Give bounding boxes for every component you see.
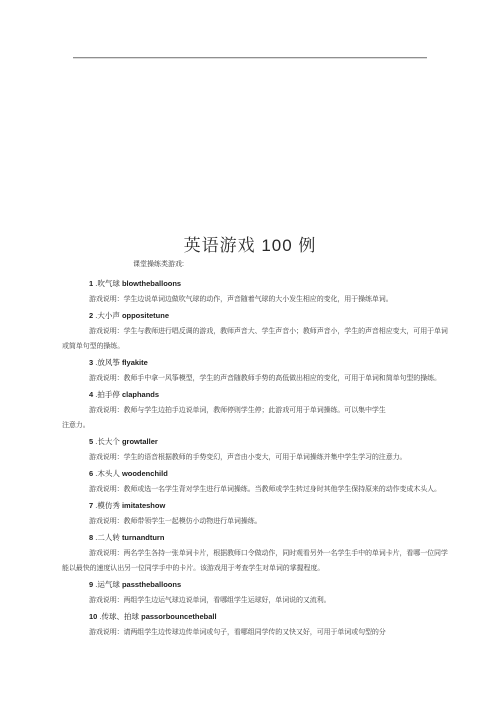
game-item-header: 10 .传球、拍球 passorbouncetheball [62, 608, 440, 625]
item-name-en: turnandturn [122, 533, 165, 542]
item-desc-line: 游戏说明：学生的语音根据教师的手势变幻，声音由小变大，可用于单词操练并集中学生学… [62, 450, 440, 465]
document-title: 英语游戏 100 例 [0, 235, 500, 257]
item-name-cn: .二人转 [93, 533, 122, 542]
item-desc-line: 游戏说明：教师带领学生一起模仿小动物进行单词操练。 [62, 514, 440, 529]
item-desc-line: 游戏说明：学生与教师进行唱反调的游戏，教师声音大、学生声音小；教师声音小，学生的… [62, 324, 440, 339]
game-item-header: 3 .放风筝 flyakite [62, 354, 440, 371]
item-desc-line: 游戏说明：学生边说单词边做吹气球的动作，声音随着气球的大小发生相应的变化，用于操… [62, 292, 440, 307]
item-name-en: imitateshow [122, 501, 165, 510]
item-name-en: growtaller [122, 437, 158, 446]
game-item-7: 7 .模仿秀 imitateshow 游戏说明：教师带领学生一起模仿小动物进行单… [62, 497, 440, 529]
item-name-cn: .运气球 [93, 580, 122, 589]
game-item-8: 8 .二人转 turnandturn 游戏说明：两名学生各持一张单词卡片，根据教… [62, 529, 440, 576]
game-item-9: 9 .运气球 passtheballoons 游戏说明：两组学生边运气球边说单词… [62, 576, 440, 608]
item-name-cn: .木头人 [93, 469, 122, 478]
game-item-2: 2 .大小声 oppositetune 游戏说明：学生与教师进行唱反调的游戏，教… [62, 307, 440, 354]
game-list: 1 .吹气球 blowtheballoons 游戏说明：学生边说单词边做吹气球的… [62, 275, 440, 640]
item-desc-line: 游戏说明：教师或选一名学生背对学生进行单词操练。当教师或学生转过身时其他学生保持… [62, 482, 440, 497]
game-item-10: 10 .传球、拍球 passorbouncetheball 游戏说明：请两组学生… [62, 608, 440, 640]
item-desc-line: 游戏说明：教师与学生边拍手边说单词，教师停则学生停；此游戏可用于单词操练。可以集… [62, 403, 440, 418]
game-item-5: 5 .长大个 growtaller 游戏说明：学生的语音根据教师的手势变幻，声音… [62, 433, 440, 465]
game-item-4: 4 .拍手停 claphands 游戏说明：教师与学生边拍手边说单词，教师停则学… [62, 386, 440, 433]
game-item-3: 3 .放风筝 flyakite 游戏说明：教师手中拿一风筝模型，学生的声音随教师… [62, 354, 440, 386]
game-item-header: 7 .模仿秀 imitateshow [62, 497, 440, 514]
game-item-1: 1 .吹气球 blowtheballoons 游戏说明：学生边说单词边做吹气球的… [62, 275, 440, 307]
item-name-en: passorbouncetheball [141, 612, 216, 621]
game-item-header: 5 .长大个 growtaller [62, 433, 440, 450]
game-item-header: 8 .二人转 turnandturn [62, 529, 440, 546]
item-name-cn: .拍手停 [93, 390, 122, 399]
item-desc-line: 游戏说明：教师手中拿一风筝模型，学生的声音随教师手势的高低做出相应的变化，可用于… [62, 371, 440, 386]
game-item-6: 6 .木头人 woodenchild 游戏说明：教师或选一名学生背对学生进行单词… [62, 465, 440, 497]
item-name-cn: .模仿秀 [93, 501, 122, 510]
item-desc-line: 注意力。 [62, 418, 440, 433]
item-name-cn: .吹气球 [93, 279, 122, 288]
item-name-en: flyakite [122, 358, 148, 367]
header-divider-line [73, 57, 427, 58]
item-desc-line: 或简单句型的操练。 [62, 339, 440, 354]
item-desc-line: 游戏说明：两名学生各持一张单词卡片，根据教师口令做动作，同时观看另外一名学生手中… [62, 546, 440, 561]
game-item-header: 4 .拍手停 claphands [62, 386, 440, 403]
item-desc-line: 游戏说明：两组学生边运气球边说单词，看哪组学生运球好，单词说的又流利。 [62, 593, 440, 608]
game-item-header: 6 .木头人 woodenchild [62, 465, 440, 482]
item-name-en: claphands [122, 390, 159, 399]
item-desc-line: 游戏说明：请两组学生边传球边传单词或句子，看哪组同学传的又快又好，可用于单词或句… [62, 625, 440, 640]
document-page: 英语游戏 100 例 课堂操练类游戏: 1 .吹气球 blowtheballoo… [0, 0, 500, 708]
item-name-en: blowtheballoons [122, 279, 181, 288]
item-name-en: oppositetune [122, 311, 169, 320]
game-item-header: 1 .吹气球 blowtheballoons [62, 275, 440, 292]
game-item-header: 2 .大小声 oppositetune [62, 307, 440, 324]
item-name-cn: .长大个 [93, 437, 122, 446]
item-name-en: woodenchild [122, 469, 168, 478]
item-name-cn: .大小声 [93, 311, 122, 320]
game-item-header: 9 .运气球 passtheballoons [62, 576, 440, 593]
item-name-en: passtheballoons [122, 580, 181, 589]
item-desc-line: 能以最快的速度认出另一位同学手中的卡片。该游戏用于考查学生对单词的掌握程度。 [62, 561, 440, 576]
item-name-cn: .传球、拍球 [97, 612, 141, 621]
item-name-cn: .放风筝 [93, 358, 122, 367]
section-heading: 课堂操练类游戏: [133, 260, 184, 270]
